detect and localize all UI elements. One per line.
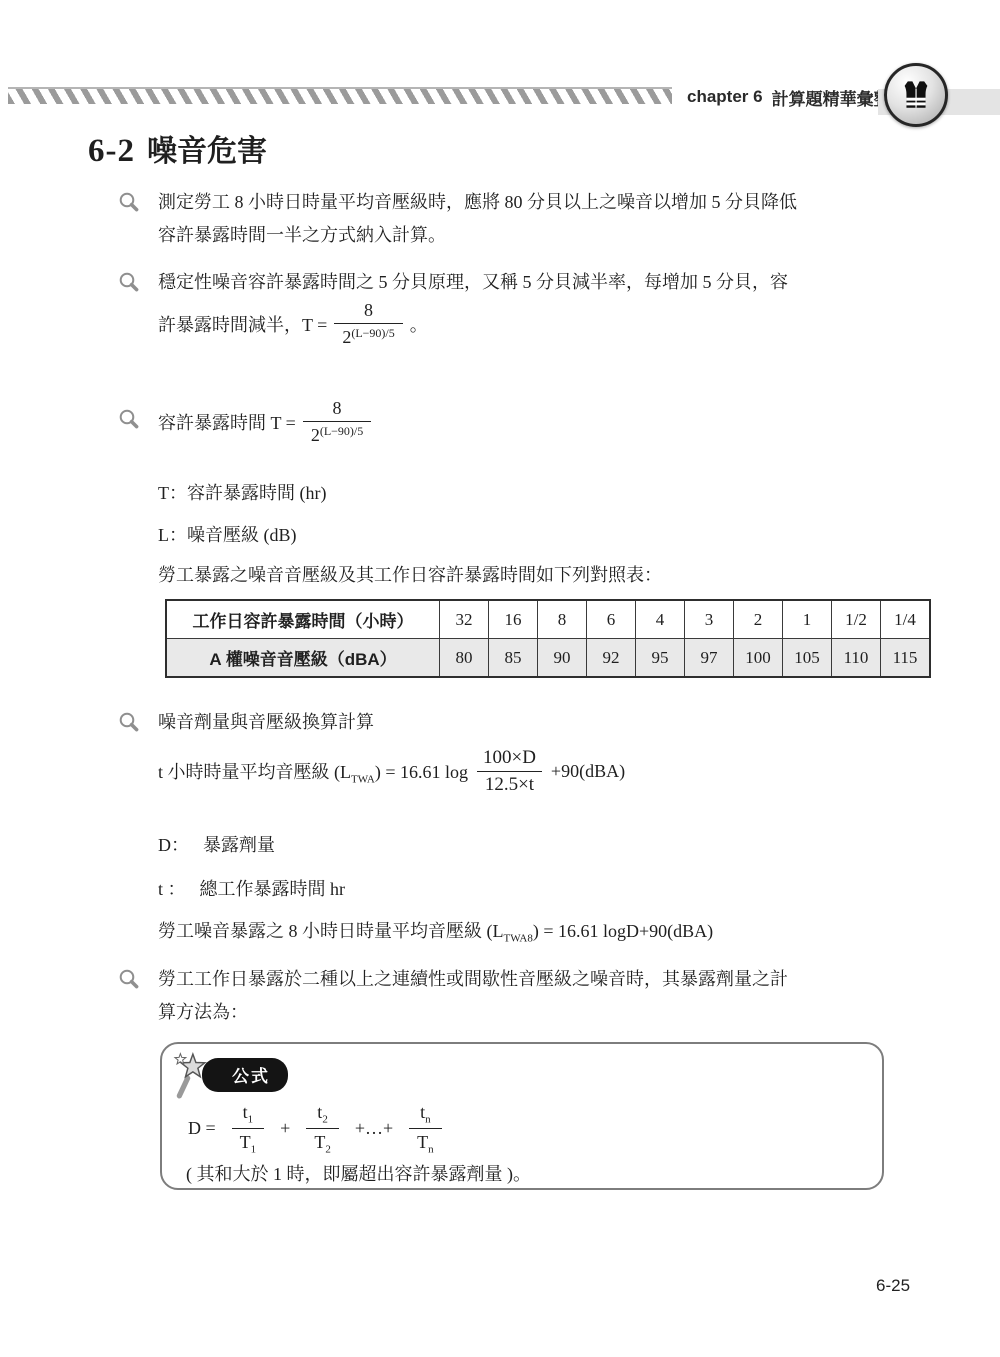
fraction-numerator: 100×D [475,748,544,771]
formula-prefix: 容許暴露時間 T = [158,409,296,435]
formula-prefix: 許暴露時間減半，T = [158,311,327,337]
definition-t: t ：總工作暴露時間 hr [158,873,345,906]
magnifier-icon [118,408,140,435]
safety-vest-icon [884,63,948,127]
formula-note: ( 其和大於 1 時，即屬超出容許暴露劑量 )。 [186,1159,860,1189]
chapter-title-label: 計算題精華彙整 [772,85,891,110]
fraction-numerator: 8 [325,398,350,421]
formula-lhs: D = [188,1118,216,1139]
section-title: 6-2 噪音危害 [88,126,267,170]
bullet-1-text: 測定勞工 8 小時日時量平均音壓級時，應將 80 分貝以上之噪音以增加 5 分貝… [158,186,918,252]
section-title-text: 噪音危害 [147,126,267,170]
bullet-5: 勞工工作日暴露於二種以上之連續性或間歇性音壓級之噪音時，其暴露劑量之計 算方法為… [118,963,918,1029]
table-row-hours: 工作日容許暴露時間（小時） 32 16 8 6 4 3 2 1 1/2 1/4 [166,600,930,639]
fraction: 100×D 12.5×t [475,748,544,795]
magnifier-icon [118,266,140,299]
formula-suffix: +90(dBA) [551,761,625,782]
formula-badge: 公式 [188,1054,860,1094]
bullet-5-text: 勞工工作日暴露於二種以上之連續性或間歇性音壓級之噪音時，其暴露劑量之計 算方法為… [158,963,918,1029]
magnifier-icon [118,706,140,739]
exposure-time-table: 工作日容許暴露時間（小時） 32 16 8 6 4 3 2 1 1/2 1/4 … [165,599,931,678]
fraction: tn Tn [409,1102,442,1154]
chapter-breadcrumb: chapter 6 計算題精華彙整 [687,85,891,109]
safety-vest-glyph [896,75,936,115]
table-row-dba: A 權噪音音壓級（dBA） 80 85 90 92 95 97 100 105 … [166,639,930,678]
row-label: 工作日容許暴露時間（小時） [166,600,440,639]
section-number: 6-2 [88,133,135,170]
fraction-numerator: 8 [356,300,381,323]
formula-suffix: 。 [410,311,428,337]
fraction-denominator: 12.5×t [477,771,542,795]
ltwa-formula: t 小時時量平均音壓級 (LTWA) = 16.61 log 100×D 12.… [158,748,625,795]
formula-callout-box: 公式 D = t1 T1 + t2 T2 +…+ tn Tn ( 其和大於 1 … [160,1042,884,1190]
formula-prefix: t 小時時量平均音壓級 (LTWA) = 16.61 log [158,758,468,785]
plus-operator: + [280,1118,290,1139]
bullet-4: 噪音劑量與音壓級換算計算 [118,706,918,739]
bullet-1: 測定勞工 8 小時日時量平均音壓級時，應將 80 分貝以上之噪音以增加 5 分貝… [118,186,918,252]
magnifier-icon [118,186,140,252]
fraction-denominator: 2(L−90)/5 [334,323,402,347]
fraction: t2 T2 [306,1102,339,1154]
definition-D: D：暴露劑量 [158,829,275,862]
fraction: 8 2(L−90)/5 [334,300,402,347]
bullet-3-formula: 容許暴露時間 T = 8 2(L−90)/5 [158,398,378,445]
formula-badge-label: 公式 [202,1058,288,1092]
ltwa8-formula: 勞工噪音暴露之 8 小時日時量平均音壓級 (LTWA8) = 16.61 log… [158,915,713,948]
definition-T: T：容許暴露時間 (hr) [158,477,326,510]
header-stripes-decoration [8,87,672,104]
page-number: 6-25 [876,1276,910,1296]
bullet-4-heading: 噪音劑量與音壓級換算計算 [158,706,918,739]
fraction: t1 T1 [232,1102,265,1154]
table-intro: 勞工暴露之噪音音壓級及其工作日容許暴露時間如下列對照表： [158,559,662,592]
dose-formula: D = t1 T1 + t2 T2 +…+ tn Tn [188,1102,860,1154]
bullet-2-formula: 許暴露時間減半，T = 8 2(L−90)/5 。 [158,300,428,347]
definition-L: L：噪音壓級 (dB) [158,519,297,552]
ellipsis-operator: +…+ [355,1118,393,1139]
fraction-denominator: 2(L−90)/5 [303,421,371,445]
bullet-2: 穩定性噪音容許暴露時間之 5 分貝原理，又稱 5 分貝減半率，每增加 5 分貝，… [118,266,918,299]
row-label: A 權噪音音壓級（dBA） [166,639,440,678]
bullet-2-line1: 穩定性噪音容許暴露時間之 5 分貝原理，又稱 5 分貝減半率，每增加 5 分貝，… [158,266,918,299]
fraction: 8 2(L−90)/5 [303,398,371,445]
bullet-3: 容許暴露時間 T = 8 2(L−90)/5 [118,398,378,445]
magnifier-icon [118,963,140,1029]
chapter-number-label: chapter 6 [687,87,763,107]
